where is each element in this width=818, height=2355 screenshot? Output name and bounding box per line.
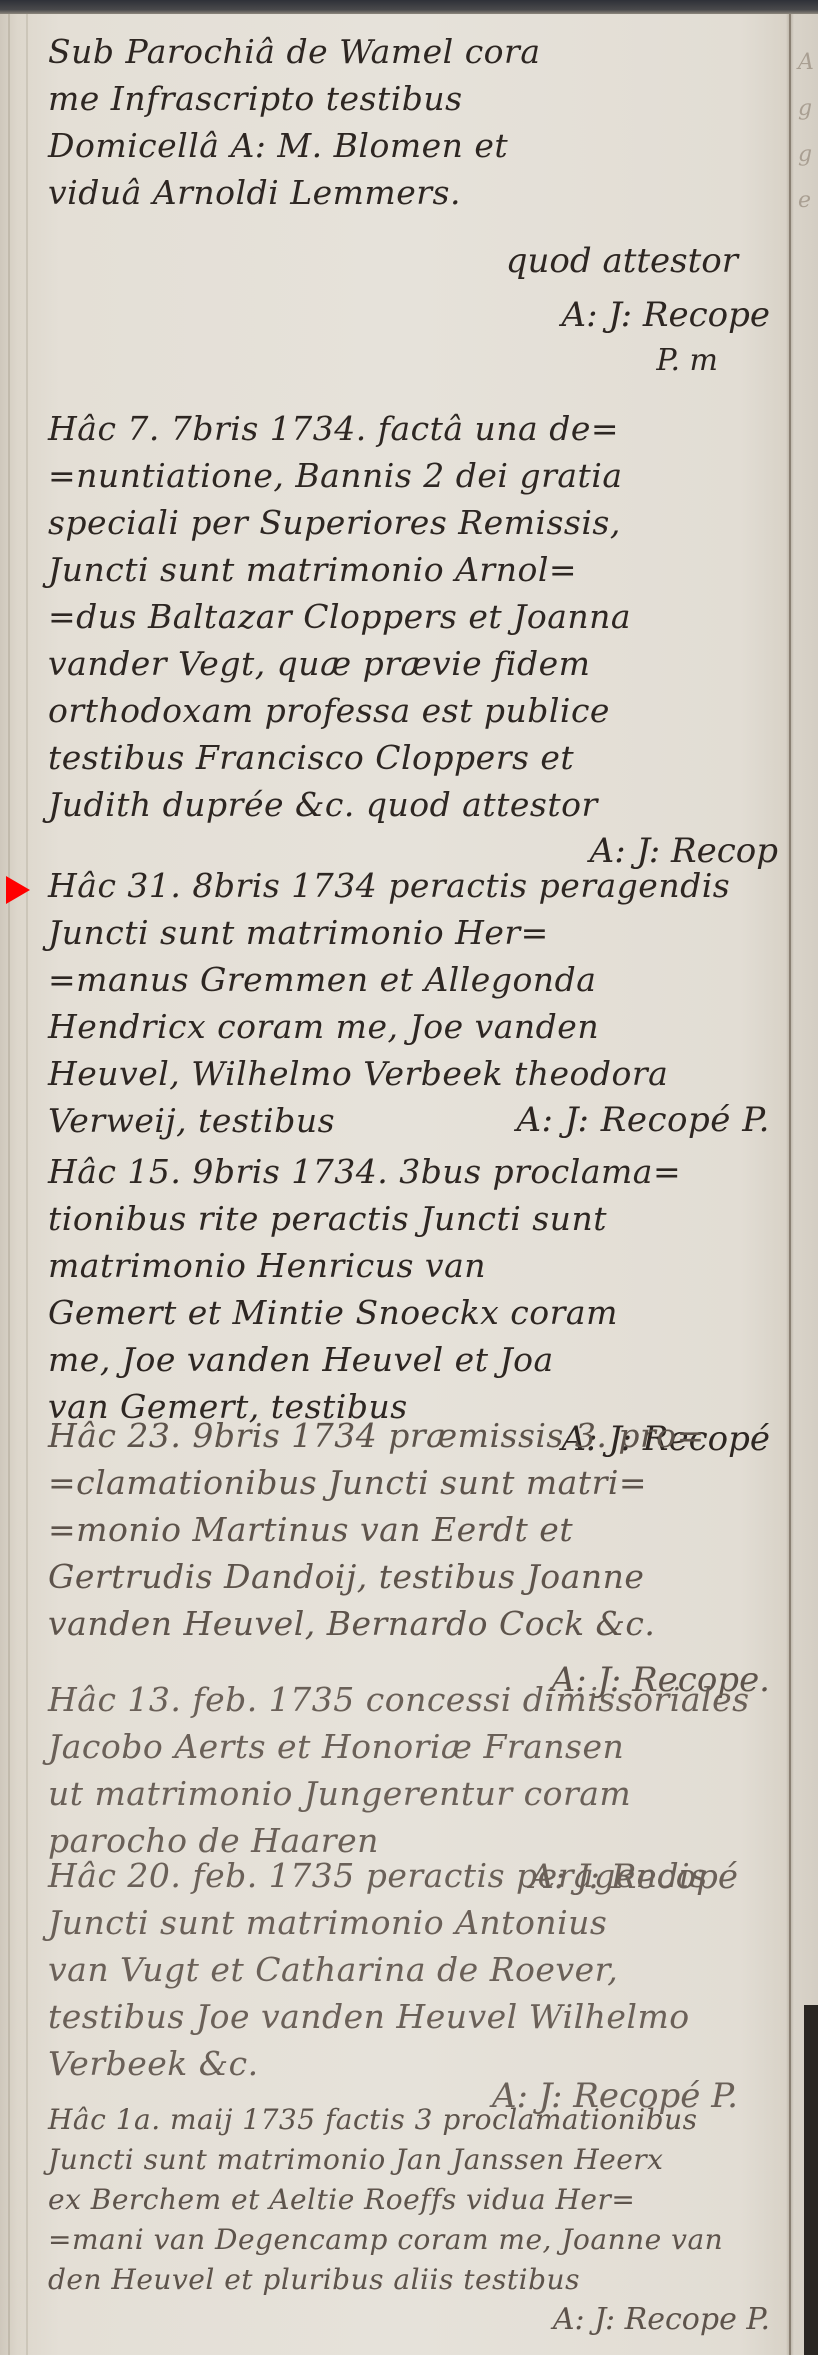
entry-line: ex Berchem et Aeltie Roeffs vidua Her=: [48, 2180, 778, 2220]
entry-line: matrimonio Henricus van: [48, 1242, 778, 1289]
entry-date-line: Hâc 13. feb. 1735 concessi dimissoriales: [48, 1676, 778, 1723]
entry-line: Judith duprée &c. quod attestor: [48, 781, 778, 828]
entry-line: me, Joe vanden Heuvel et Joa: [48, 1336, 778, 1383]
entry-line: Gemert et Mintie Snoeckx coram: [48, 1289, 778, 1336]
entry-line: testibus Francisco Cloppers et: [48, 734, 778, 781]
entry-line: Juncti sunt matrimonio Arnol=: [48, 546, 778, 593]
priest-signature: A: J: Recope: [48, 292, 778, 338]
entry-line: =monio Martinus van Eerdt et: [48, 1506, 778, 1553]
entry-line: orthodoxam professa est publice: [48, 687, 778, 734]
entry-line: =manus Gremmen et Allegonda: [48, 956, 778, 1003]
entry-line: viduâ Arnoldi Lemmers.: [48, 169, 778, 216]
entry-line: testibus Joe vanden Heuvel Wilhelmo: [48, 1993, 778, 2040]
entry-line: =mani van Degencamp coram me, Joanne van: [48, 2220, 778, 2260]
register-entry-1734-11-23: Hâc 23. 9bris 1734 præmissis 3. pro= =cl…: [48, 1412, 778, 1703]
entry-line: tionibus rite peractis Juncti sunt: [48, 1195, 778, 1242]
manuscript-page: A g g e Sub Parochiâ de Wamel cora me In…: [0, 0, 818, 2355]
entry-line: Sub Parochiâ de Wamel cora: [48, 28, 778, 75]
entry-line: Verweij, testibus: [48, 1097, 335, 1144]
entry-line: Jacobo Aerts et Honoriæ Fransen: [48, 1723, 778, 1770]
torn-page-edge: [804, 2005, 818, 2355]
entry-line: vanden Heuvel, Bernardo Cock &c.: [48, 1600, 778, 1647]
entry-date-line: Hâc 1a. maij 1735 factis 3 proclamationi…: [48, 2100, 778, 2140]
attestation-text: quod attestor: [48, 238, 778, 284]
priest-signature: A: J: Recopé P.: [516, 1097, 778, 1144]
left-gutter-line-inner: [26, 14, 28, 2355]
entry-line: Juncti sunt matrimonio Antonius: [48, 1899, 778, 1946]
entry-date-line: Hâc 15. 9bris 1734. 3bus proclama=: [48, 1148, 778, 1195]
register-entry-1734-10-31: Hâc 31. 8bris 1734 peractis peragendis J…: [48, 862, 778, 1144]
entry-line: Domicellâ A: M. Blomen et: [48, 122, 778, 169]
entry-line: van Vugt et Catharina de Roever,: [48, 1946, 778, 1993]
entry-line: Juncti sunt matrimonio Jan Janssen Heerx: [48, 2140, 778, 2180]
entry-line: Juncti sunt matrimonio Her=: [48, 909, 778, 956]
priest-signature: A: J: Recope P.: [48, 2300, 778, 2340]
entry-date-line: Hâc 23. 9bris 1734 præmissis 3. pro=: [48, 1412, 778, 1459]
entry-line: den Heuvel et pluribus aliis testibus: [48, 2260, 778, 2300]
entry-line-with-signature: Verweij, testibus A: J: Recopé P.: [48, 1097, 778, 1144]
register-entry-1735-02-20: Hâc 20. feb. 1735 peractis peragendis Ju…: [48, 1852, 778, 2119]
entry-line: =nuntiatione, Bannis 2 dei gratia: [48, 452, 778, 499]
register-entry-continuation: Sub Parochiâ de Wamel cora me Infrascrip…: [48, 28, 778, 384]
signature-suffix: P. m: [48, 338, 778, 384]
entry-date-line: Hâc 31. 8bris 1734 peractis peragendis: [48, 862, 778, 909]
entry-line: Gertrudis Dandoij, testibus Joanne: [48, 1553, 778, 1600]
page-right-edge: [789, 14, 791, 2355]
adjacent-page-margin: A g g e: [798, 40, 818, 224]
entry-line: ut matrimonio Jungerentur coram: [48, 1770, 778, 1817]
entry-date-line: Hâc 20. feb. 1735 peractis peragendis: [48, 1852, 778, 1899]
entry-line: =clamationibus Juncti sunt matri=: [48, 1459, 778, 1506]
entry-line: =dus Baltazar Cloppers et Joanna: [48, 593, 778, 640]
left-gutter-line: [8, 14, 10, 2355]
entry-line: speciali per Superiores Remissis,: [48, 499, 778, 546]
register-entry-1734-09-07: Hâc 7. 7bris 1734. factâ una de= =nuntia…: [48, 405, 778, 874]
book-binding-edge: [0, 0, 818, 14]
entry-line: vander Vegt, quæ prævie fidem: [48, 640, 778, 687]
register-entry-1735-05-01: Hâc 1a. maij 1735 factis 3 proclamationi…: [48, 2100, 778, 2340]
entry-line: Hendricx coram me, Joe vanden: [48, 1003, 778, 1050]
entry-date-line: Hâc 7. 7bris 1734. factâ una de=: [48, 405, 778, 452]
entry-line: me Infrascripto testibus: [48, 75, 778, 122]
entry-line: Heuvel, Wilhelmo Verbeek theodora: [48, 1050, 778, 1097]
red-pointer-marker-icon: [6, 876, 30, 904]
